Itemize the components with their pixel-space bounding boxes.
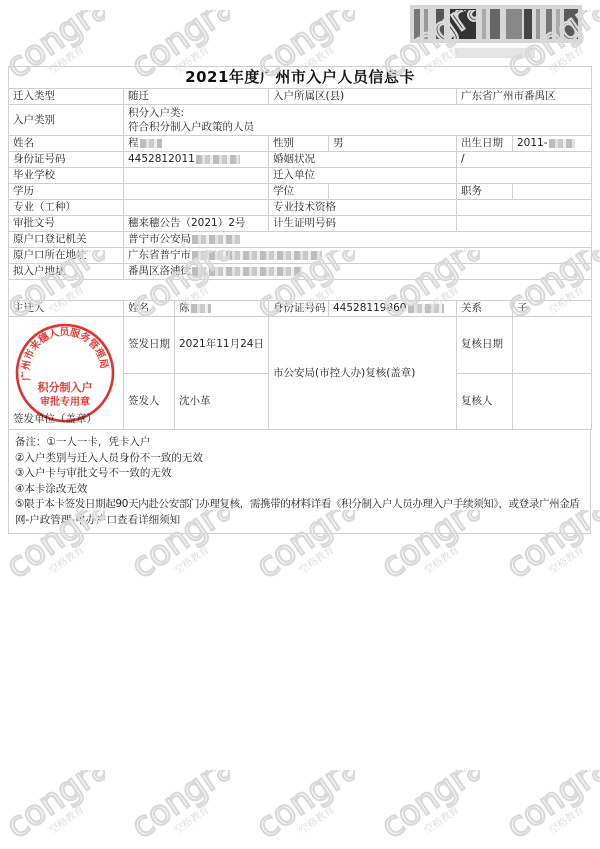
watermark-logo-icon: congra空格教育 <box>0 770 105 840</box>
orig-authority-text: 普宁市公安局 <box>128 233 191 245</box>
spacer-row <box>9 280 592 301</box>
svg-text:审批专用章: 审批专用章 <box>40 395 90 408</box>
redacted-block <box>140 139 162 148</box>
svg-text:congra: congra <box>374 770 480 840</box>
value-birth: 2011- <box>513 136 592 152</box>
redacted-block <box>191 304 211 313</box>
value-category: 积分入户类: 符合积分制入户政策的人员 <box>124 105 592 136</box>
label-principal: 主迁人 <box>9 301 124 317</box>
svg-text:广州市来穗人员服务管理局: 广州市来穗人员服务管理局 <box>19 325 111 382</box>
value-relation: 子 <box>513 301 592 317</box>
watermark-logo-icon: congra空格教育 <box>495 770 600 840</box>
label-issue-date: 签发日期 <box>124 317 175 374</box>
watermark-logo-icon: congra空格教育 <box>370 770 480 840</box>
svg-text:空格教育: 空格教育 <box>46 803 86 837</box>
value-family-planning <box>457 216 592 232</box>
official-stamp-icon: 广州市来穗人员服务管理局 积分制入户 审批专用章 <box>13 321 117 425</box>
gender-cell: 性别 男 <box>269 136 457 152</box>
value-orig-address: 广东省普宁市 <box>124 248 592 264</box>
issuing-unit-cell: 广州市来穗人员服务管理局 积分制入户 审批专用章 签发单位（盖章） <box>9 317 124 430</box>
value-issuer: 沈小革 <box>175 373 269 430</box>
label-orig-authority: 原户口登记机关 <box>9 232 124 248</box>
label-category: 入户类别 <box>9 105 124 136</box>
svg-text:空格教育: 空格教育 <box>546 543 586 577</box>
label-degree: 学位 <box>269 184 329 199</box>
watermark-logo-icon: congra空格教育 <box>120 770 230 840</box>
value-marital: / <box>457 152 592 168</box>
svg-text:congra: congra <box>0 770 105 840</box>
redacted-block <box>192 235 240 244</box>
label-approval: 审批文号 <box>9 216 124 232</box>
category-line-1: 积分入户类: <box>128 106 587 120</box>
label-unit: 迁入单位 <box>269 168 457 184</box>
info-table: 2021年度广州市入户人员信息卡 迁入类型 随迁 入户所属区(县) 广东省广州市… <box>8 66 592 430</box>
value-review-date <box>513 317 592 374</box>
label-police-review: 市公安局(市控人办)复核(盖章) <box>269 317 457 430</box>
label-id: 身份证号码 <box>9 152 124 168</box>
value-degree <box>329 184 333 199</box>
value-approval: 穗来穗公告（2021）2号 <box>124 216 269 232</box>
label-principal-id: 身份证号码 <box>269 301 329 316</box>
card-title: 2021年度广州市入户人员信息卡 <box>9 67 592 89</box>
svg-text:空格教育: 空格教育 <box>546 803 586 837</box>
svg-text:congra: congra <box>249 770 355 840</box>
svg-text:空格教育: 空格教育 <box>46 543 86 577</box>
svg-text:空格教育: 空格教育 <box>421 803 461 837</box>
value-id: 4452812011 <box>124 152 269 168</box>
id-text: 4452812011 <box>128 153 195 165</box>
barcode-caption-redacted <box>455 48 535 58</box>
redacted-block <box>192 251 322 260</box>
label-gender: 性别 <box>269 136 329 151</box>
redacted-block <box>408 304 444 313</box>
category-line-2: 符合积分制入户政策的人员 <box>128 120 587 134</box>
label-new-address: 拟入户地址 <box>9 264 124 280</box>
label-school: 毕业学校 <box>9 168 124 184</box>
label-orig-address: 原户口所在地址 <box>9 248 124 264</box>
value-gender: 男 <box>329 136 344 151</box>
value-principal-name: 陈 <box>175 301 269 317</box>
info-card: 2021年度广州市入户人员信息卡 迁入类型 随迁 入户所属区(县) 广东省广州市… <box>8 66 591 534</box>
note-line: ④本卡涂改无效 <box>15 482 584 498</box>
label-position: 职务 <box>457 184 513 200</box>
label-name: 姓名 <box>9 136 124 152</box>
svg-text:空格教育: 空格教育 <box>296 543 336 577</box>
birth-text: 2011- <box>517 137 548 149</box>
redacted-block <box>549 139 575 148</box>
redacted-block <box>192 267 302 276</box>
label-birth: 出生日期 <box>457 136 513 152</box>
label-migration-type: 迁入类型 <box>9 89 124 105</box>
watermark-logo-icon: congra空格教育 <box>245 770 355 840</box>
label-relation: 关系 <box>457 301 513 317</box>
value-new-address: 番禺区洛浦街 <box>124 264 592 280</box>
label-district: 入户所属区(县) <box>269 89 457 105</box>
label-major: 专业（工种） <box>9 200 124 216</box>
value-position <box>513 184 592 200</box>
value-principal-id: 44528119860 <box>329 301 444 316</box>
label-reviewer: 复核人 <box>457 373 513 430</box>
value-orig-authority: 普宁市公安局 <box>124 232 592 248</box>
label-qualification: 专业技术资格 <box>269 200 457 216</box>
notes-box: 备注：①一人一卡，凭卡入户 ②入户类别与迁入人员身份不一致的无效 ③入户卡与审批… <box>8 430 591 534</box>
orig-address-text: 广东省普宁市 <box>128 249 191 261</box>
label-review-date: 复核日期 <box>457 317 513 374</box>
svg-text:空格教育: 空格教育 <box>171 543 211 577</box>
label-principal-name: 姓名 <box>124 301 175 317</box>
note-line: 备注：①一人一卡，凭卡入户 <box>15 435 584 451</box>
value-issue-date: 2021年11月24日 <box>175 317 269 374</box>
svg-text:congra: congra <box>499 770 600 840</box>
value-education <box>124 184 269 200</box>
svg-text:积分制入户: 积分制入户 <box>38 380 93 394</box>
principal-id-cell: 身份证号码 44528119860 <box>269 301 457 317</box>
new-address-text: 番禺区洛浦街 <box>128 265 191 277</box>
value-unit <box>457 168 592 184</box>
value-major <box>124 200 269 216</box>
note-line: ③入户卡与审批文号不一致的无效 <box>15 466 584 482</box>
value-district: 广东省广州市番禺区 <box>457 89 592 105</box>
svg-text:空格教育: 空格教育 <box>171 803 211 837</box>
redacted-block <box>196 155 240 164</box>
label-education: 学历 <box>9 184 124 200</box>
value-qualification <box>457 200 592 216</box>
value-reviewer <box>513 373 592 430</box>
label-issuing-unit: 签发单位（盖章） <box>13 413 97 425</box>
principal-id-text: 44528119860 <box>333 302 407 314</box>
svg-text:空格教育: 空格教育 <box>296 803 336 837</box>
name-text: 程 <box>128 137 139 149</box>
value-migration-type: 随迁 <box>124 89 269 105</box>
svg-text:congra: congra <box>124 770 230 840</box>
label-family-planning: 计生证明号码 <box>269 216 457 232</box>
degree-cell: 学位 <box>269 184 457 200</box>
label-marital: 婚姻状况 <box>269 152 457 168</box>
note-line: ⑤限于本卡签发日期起90天内赴公安部门办理复核，需携带的材料详看《积分制入户人员… <box>15 497 584 513</box>
principal-name-text: 陈 <box>179 302 190 314</box>
note-line: ②入户类别与迁入人员身份不一致的无效 <box>15 451 584 467</box>
note-line: 网-户政管理-申办户口查看详细须知 <box>15 513 584 529</box>
barcode-redacted <box>410 5 582 43</box>
label-issuer: 签发人 <box>124 373 175 430</box>
svg-text:空格教育: 空格教育 <box>421 543 461 577</box>
value-name: 程 <box>124 136 269 152</box>
value-school <box>124 168 269 184</box>
